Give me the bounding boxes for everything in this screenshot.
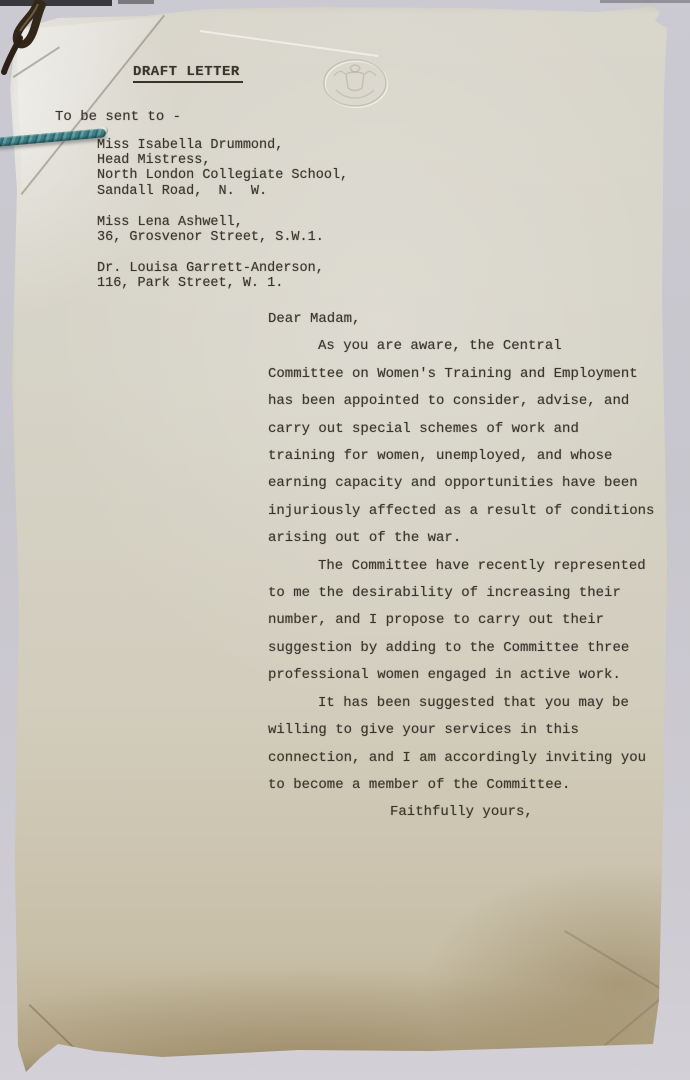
photograph-background: DRAFT LETTER To be sent to - Miss Isabel… bbox=[0, 0, 690, 1080]
leather-tassel-icon bbox=[0, 0, 80, 90]
crease-line bbox=[600, 964, 690, 1049]
recipient-line: Miss Isabella Drummond, bbox=[97, 138, 348, 153]
crease-line bbox=[200, 30, 378, 57]
body-line: connection, and I am accordingly invitin… bbox=[268, 745, 668, 772]
recipient-list: Miss Isabella Drummond,Head Mistress,Nor… bbox=[97, 138, 348, 308]
recipient-line: 116, Park Street, W. 1. bbox=[97, 276, 348, 291]
body-line: professional women engaged in active wor… bbox=[268, 662, 668, 689]
letter-page: DRAFT LETTER To be sent to - Miss Isabel… bbox=[0, 0, 690, 1080]
body-line: carry out special schemes of work and bbox=[268, 416, 668, 443]
recipient-line: Sandall Road, N. W. bbox=[97, 184, 348, 199]
closing: Faithfully yours, bbox=[268, 799, 668, 826]
photo-edge-strip bbox=[600, 0, 690, 3]
recipient-line: North London Collegiate School, bbox=[97, 168, 348, 183]
embossed-royal-seal-icon bbox=[320, 56, 390, 110]
salutation: Dear Madam, bbox=[268, 306, 668, 333]
body-line: training for women, unemployed, and whos… bbox=[268, 443, 668, 470]
letter-body: Dear Madam, As you are aware, the Centra… bbox=[268, 306, 668, 827]
body-line: willing to give your services in this bbox=[268, 717, 668, 744]
crease-line bbox=[564, 930, 689, 1006]
body-line: It has been suggested that you may be bbox=[268, 690, 668, 717]
body-line: The Committee have recently represented bbox=[268, 553, 668, 580]
photo-edge-strip bbox=[118, 0, 154, 4]
body-line: suggestion by adding to the Committee th… bbox=[268, 635, 668, 662]
body-line: arising out of the war. bbox=[268, 525, 668, 552]
recipient-block: Miss Isabella Drummond,Head Mistress,Nor… bbox=[97, 138, 348, 199]
body-line: to me the desirability of increasing the… bbox=[268, 580, 668, 607]
recipient-line: Dr. Louisa Garrett-Anderson, bbox=[97, 261, 348, 276]
body-line: number, and I propose to carry out their bbox=[268, 607, 668, 634]
recipient-block: Dr. Louisa Garrett-Anderson,116, Park St… bbox=[97, 261, 348, 291]
recipient-line: Miss Lena Ashwell, bbox=[97, 215, 348, 230]
recipient-block: Miss Lena Ashwell,36, Grosvenor Street, … bbox=[97, 215, 348, 245]
body-line: injuriously affected as a result of cond… bbox=[268, 498, 668, 525]
body-line: to become a member of the Committee. bbox=[268, 772, 668, 799]
recipient-line: Head Mistress, bbox=[97, 153, 348, 168]
crease-line bbox=[29, 1004, 89, 1062]
body-line: Committee on Women's Training and Employ… bbox=[268, 361, 668, 388]
document-title: DRAFT LETTER bbox=[133, 64, 243, 83]
body-line: As you are aware, the Central bbox=[268, 333, 668, 360]
body-line: has been appointed to consider, advise, … bbox=[268, 388, 668, 415]
distribution-heading: To be sent to - bbox=[55, 109, 181, 125]
body-line: earning capacity and opportunities have … bbox=[268, 470, 668, 497]
recipient-line: 36, Grosvenor Street, S.W.1. bbox=[97, 230, 348, 245]
